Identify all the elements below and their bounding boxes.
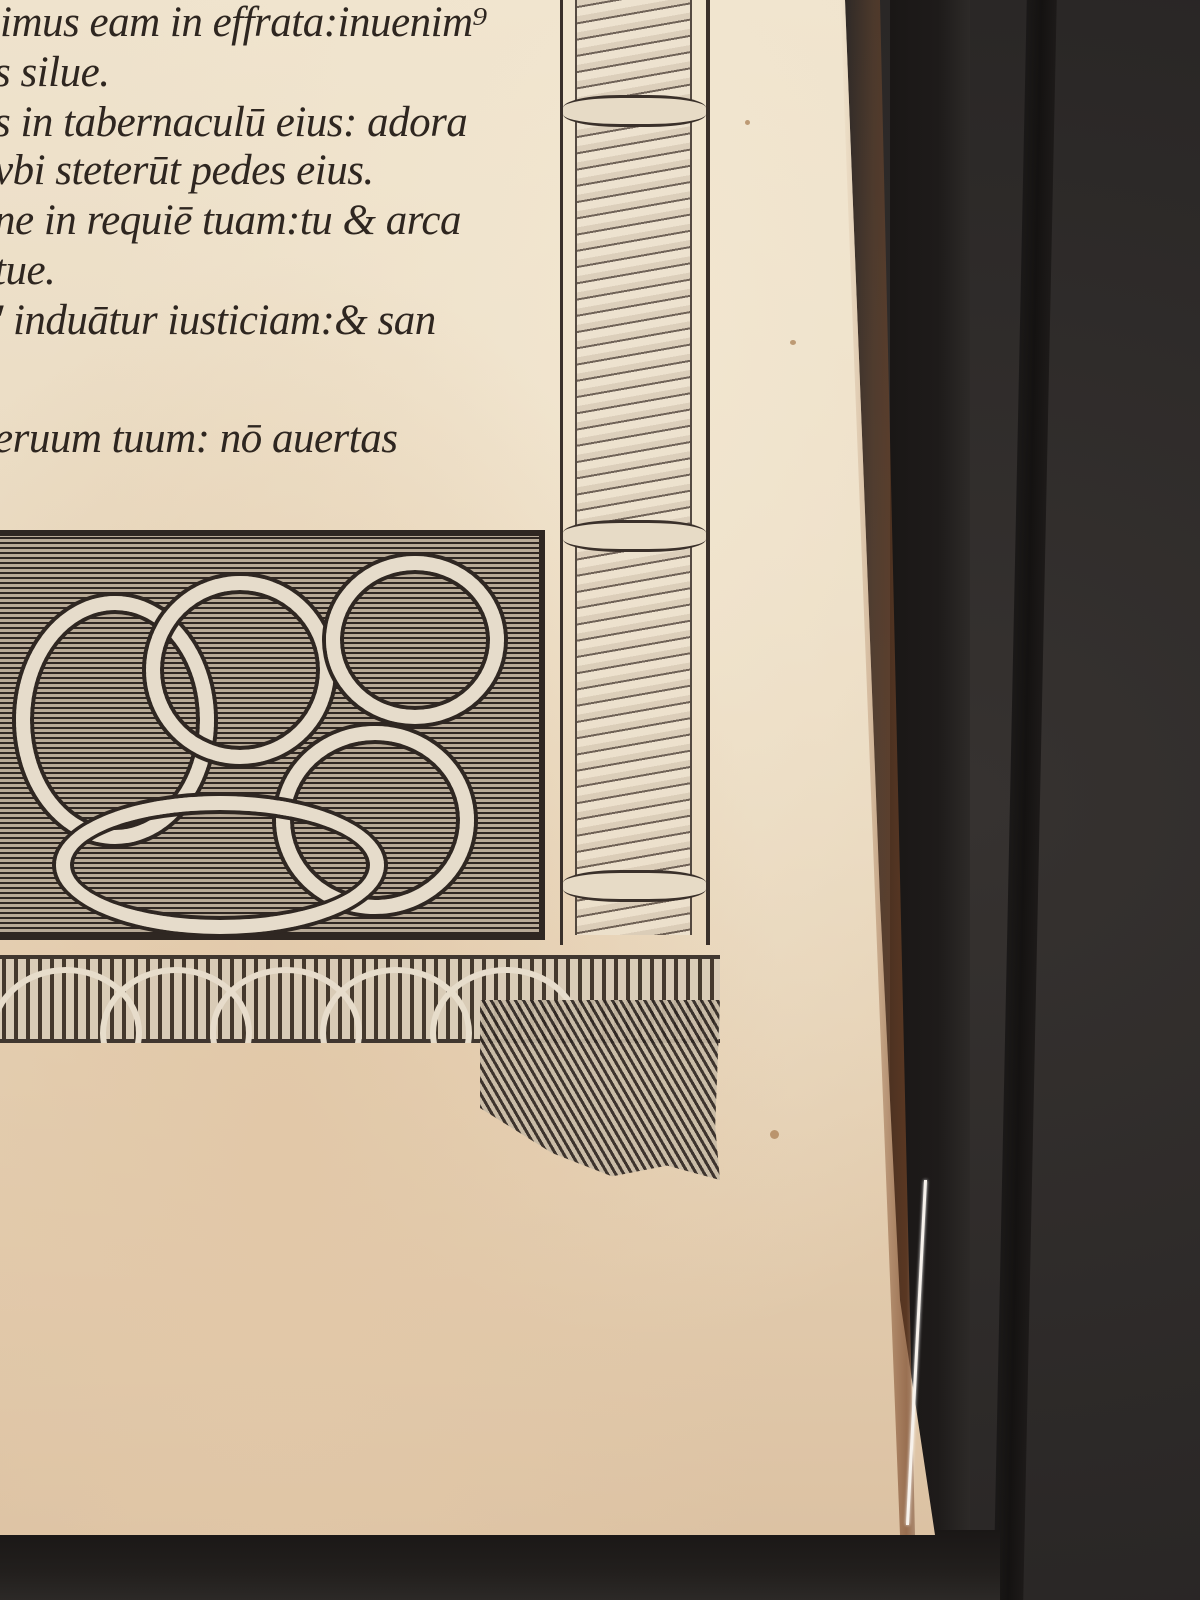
column-band (563, 520, 706, 552)
text-line: tue. (0, 246, 55, 295)
scroll-icon (326, 556, 504, 724)
corner-ornament (480, 1000, 720, 1180)
text-line: s in tabernaculū eius: adora (0, 98, 467, 147)
scroll-icon (56, 796, 384, 934)
frame-mat-bottom (0, 1530, 1000, 1600)
text-line: s silue. (0, 48, 109, 97)
text-line: eruum tuum: nō auertas (0, 414, 397, 463)
scroll-icon (146, 576, 334, 764)
text-line: vbi steterūt pedes eius. (0, 146, 374, 195)
printed-page: imus eam in effrata:inuenim⁹ s silue. s … (0, 0, 935, 1535)
side-ornament-column (560, 0, 710, 945)
foxing-spot (745, 120, 750, 125)
text-line: ne in requiē tuam:tu & arca (0, 196, 461, 245)
text-line: imus eam in effrata:inuenim⁹ (0, 0, 487, 47)
foliate-column-icon (575, 0, 692, 935)
foxing-spot (770, 1130, 779, 1139)
text-line: ' induātur iusticiam:& san (0, 296, 436, 345)
column-band (563, 95, 706, 127)
foxing-spot (790, 340, 796, 345)
foliate-woodcut-panel (0, 530, 545, 940)
column-band (563, 870, 706, 902)
